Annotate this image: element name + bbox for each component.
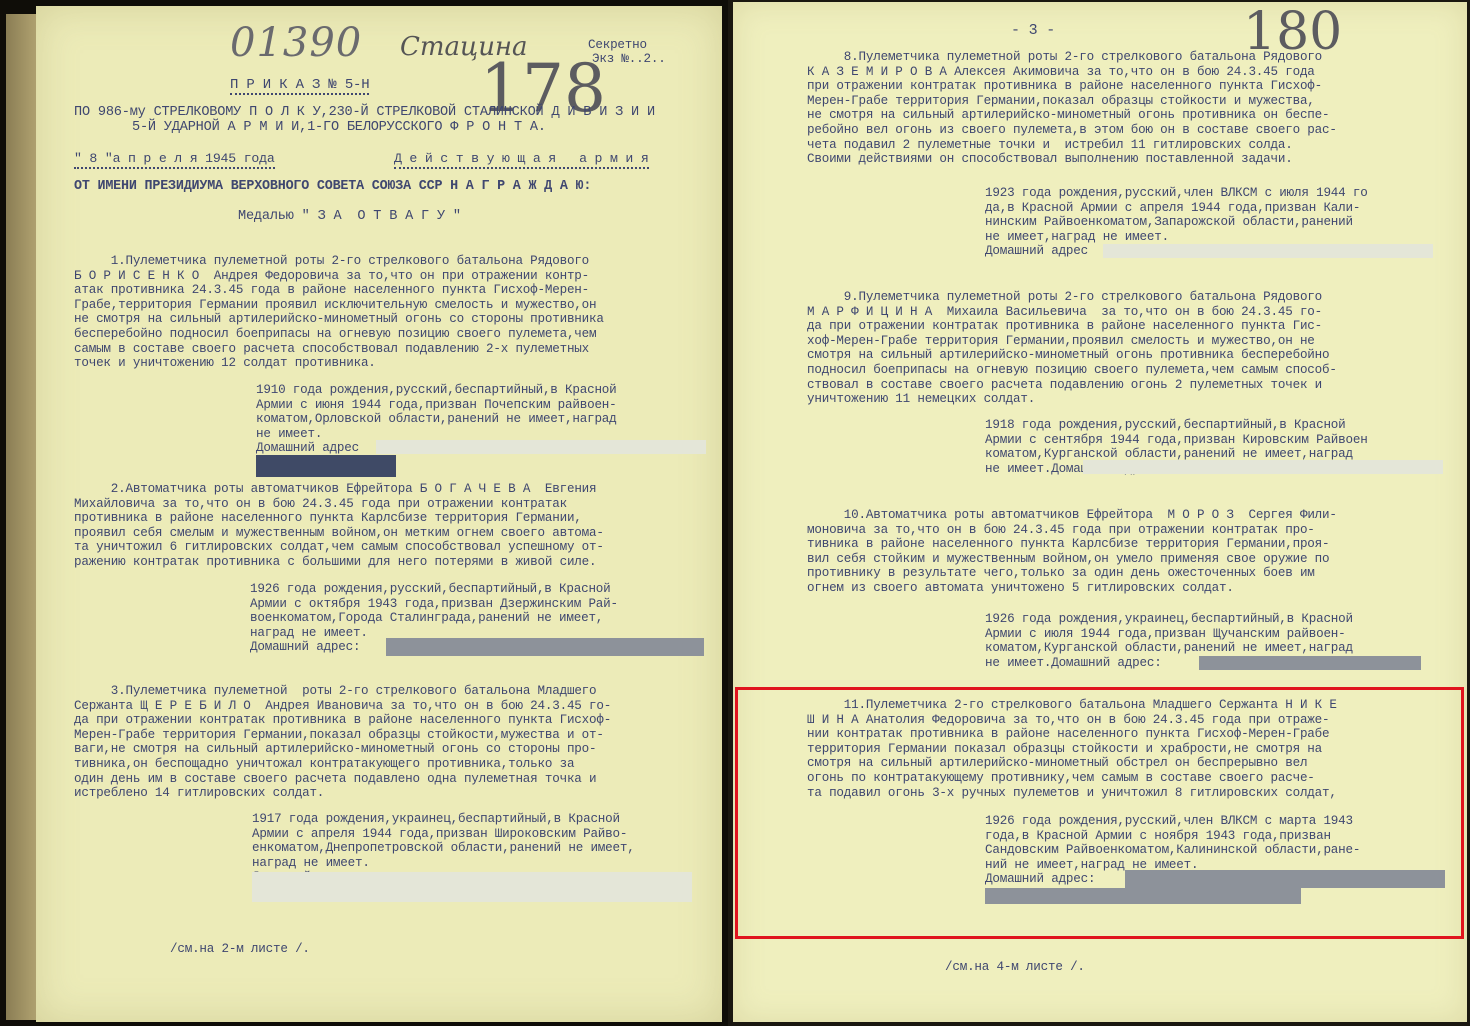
left-page: 01390 Стацина 178 Секретно Экз №..2.. П … (36, 6, 722, 1022)
highlighted-entry-11-box (735, 687, 1464, 939)
redacted-address (386, 638, 704, 656)
order-header-line1: ПО 986-му СТРЕЛКОВОМУ П О Л К У,230-Й СТ… (74, 106, 655, 121)
page-number: - 3 - (1011, 24, 1055, 39)
redacted-address (1083, 460, 1443, 474)
award-intro: ОТ ИМЕНИ ПРЕЗИДИУМА ВЕРХОВНОГО СОВЕТА СО… (74, 180, 591, 195)
order-location: Д е й с т в у ю щ а я а р м и я (394, 152, 649, 169)
order-date: " 8 "а п р е л я 1945 года (74, 152, 275, 169)
redacted-address (1199, 656, 1421, 670)
copy-number: Экз №..2.. (592, 52, 666, 67)
redacted-address (256, 455, 396, 477)
award-entry-2: 2.Автоматчика роты автоматчиков Ефрейтор… (74, 482, 604, 570)
award-entry-8: 8.Пулеметчика пулеметной роты 2-го стрел… (807, 50, 1337, 167)
medal-title: Медалью " З А О Т В А Г У " (238, 210, 461, 225)
redacted-address (1103, 244, 1433, 258)
document-spread: 01390 Стацина 178 Секретно Экз №..2.. П … (0, 0, 1470, 1026)
award-entry-9: 9.Пулеметчика пулеметной роты 2-го стрел… (807, 290, 1337, 407)
continuation-note: /см.на 2-м листе /. (170, 942, 310, 957)
secrecy-label: Секретно (588, 38, 647, 53)
order-title: П Р И К А З № 5-Н (230, 78, 369, 95)
handwritten-archive-number: 01390 (230, 20, 362, 66)
award-entry-3: 3.Пулеметчика пулеметной роты 2-го стрел… (74, 684, 611, 801)
award-entry-1: 1.Пулеметчика пулеметной роты 2-го стрел… (74, 254, 604, 371)
order-header-line2: 5-Й УДАРНОЙ А Р М И И,1-ГО БЕЛОРУССКОГО … (132, 121, 546, 136)
redacted-address (376, 440, 706, 454)
redacted-address (252, 872, 692, 902)
continuation-note: /см.на 4-м листе /. (945, 960, 1085, 975)
award-entry-10: 10.Автоматчика роты автоматчиков Ефрейто… (807, 508, 1337, 596)
